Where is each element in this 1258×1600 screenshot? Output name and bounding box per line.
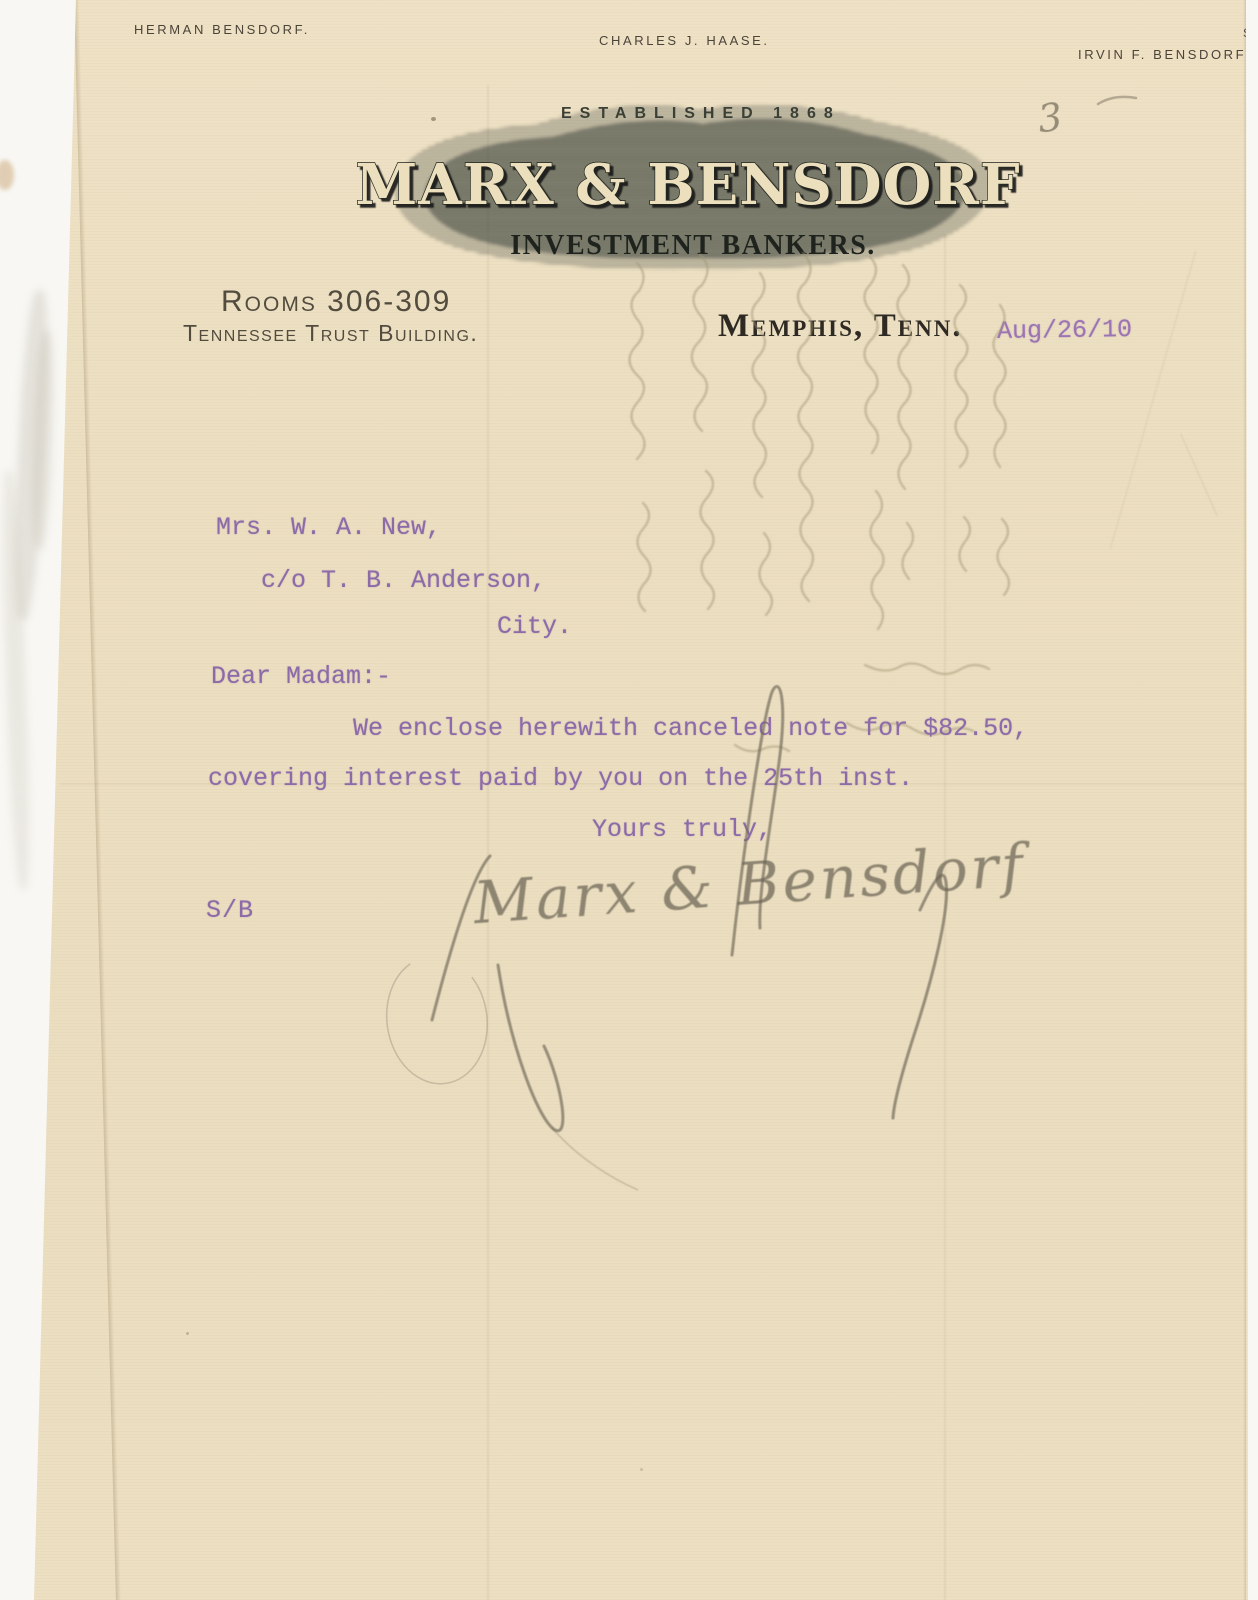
scan-smudge (0, 160, 14, 190)
scanned-letter-page: HERMAN BENSDORF. CHARLES J. HAASE. IRVIN… (0, 0, 1258, 1600)
recipient-line-care-of: c/o T. B. Anderson, (261, 566, 546, 595)
paper-speck (640, 1468, 643, 1471)
paper-speck (186, 1332, 189, 1335)
pencil-price-note: 3 (1035, 95, 1064, 142)
recipient-line-name: Mrs. W. A. New, (216, 513, 441, 542)
recipient-line-city: City. (497, 612, 572, 641)
company-name: MARX & BENSDORF (355, 152, 1020, 218)
salutation: Dear Madam:- (211, 662, 391, 691)
building-line: Tennessee Trust Building. (183, 320, 478, 347)
partner-name-left: HERMAN BENSDORF. (134, 22, 310, 37)
signature-flourishes (380, 660, 980, 1220)
paper-right-edge (1243, 0, 1246, 1600)
paper-sheet: HERMAN BENSDORF. CHARLES J. HAASE. IRVIN… (0, 0, 1258, 1600)
pencil-circle (379, 950, 496, 1091)
rooms-line: Rooms 306-309 (221, 285, 451, 319)
pencil-tick (1096, 92, 1146, 112)
crinkle (1109, 251, 1196, 550)
crinkle (1180, 433, 1218, 516)
typist-initials: S/B (206, 896, 254, 925)
partner-name-right: IRVIN F. BENSDORF (1078, 47, 1246, 62)
paper-torn-edge (74, 0, 121, 1600)
partner-name-center: CHARLES J. HAASE. (599, 33, 770, 48)
